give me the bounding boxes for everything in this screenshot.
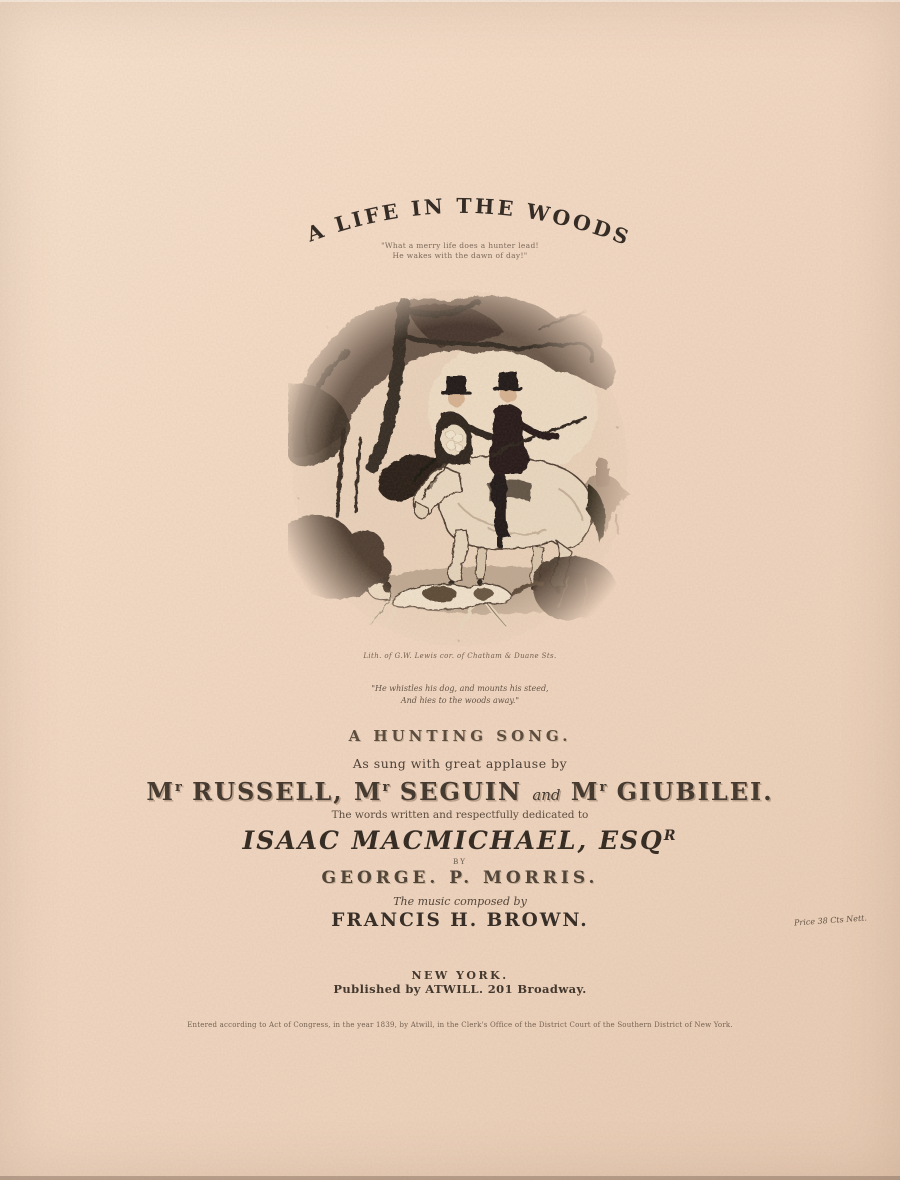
title-epigraph: "What a merry life does a hunter lead! H… (15, 241, 900, 261)
by-label: BY (15, 858, 900, 866)
copyright-notice: Entered according to Act of Congress, in… (15, 1021, 900, 1029)
cover-illustration (288, 288, 633, 656)
performer-name-russell: RUSSELL, (182, 777, 354, 806)
performers-line: Mr RUSSELL, Mr SEGUIN and Mr GIUBILEI. (15, 777, 900, 806)
subtitle: A HUNTING SONG. (15, 727, 900, 745)
performer-superscript: r (175, 780, 182, 795)
page-title: A LIFE IN THE WOODS. (150, 178, 634, 250)
conjunction: and (532, 786, 560, 804)
song-verse: "He whistles his dog, and mounts his ste… (15, 683, 900, 706)
lyricist-name: GEORGE. P. MORRIS. (15, 868, 900, 888)
performer-prefix: M (146, 777, 175, 806)
performer-name-giubilei: GIUBILEI. (606, 777, 773, 806)
epigraph-line1: "What a merry life does a hunter lead! (381, 241, 539, 250)
performer-prefix: M (354, 777, 383, 806)
performer-name-seguin: SEGUIN (389, 777, 532, 806)
lithographer-credit: Lith. of G.W. Lewis cor. of Chatham & Du… (15, 652, 900, 660)
composed-by-line: The music composed by (15, 895, 900, 908)
sheet-music-cover-page: A LIFE IN THE WOODS. "What a merry life … (0, 0, 900, 1180)
dedicatee-name: ISAAC MACMICHAEL, ESQR (15, 826, 900, 855)
performer-prefix: M (561, 777, 600, 806)
dedication-line: The words written and respectfully dedic… (15, 809, 900, 821)
scan-edge-top (0, 0, 900, 2)
imprint-publisher: Published by ATWILL. 201 Broadway. (15, 982, 900, 996)
verse-line1: "He whistles his dog, and mounts his ste… (371, 684, 548, 693)
verse-line2: And hies to the woods away." (401, 696, 519, 705)
scan-edge-bottom (0, 1176, 900, 1180)
epigraph-line2: He wakes with the dawn of day!" (392, 251, 527, 260)
applause-line: As sung with great applause by (15, 756, 900, 771)
dedicatee-main: ISAAC MACMICHAEL, ESQ (243, 826, 664, 855)
imprint-city: NEW YORK. (15, 969, 900, 982)
dedicatee-superscript: R (664, 828, 678, 844)
